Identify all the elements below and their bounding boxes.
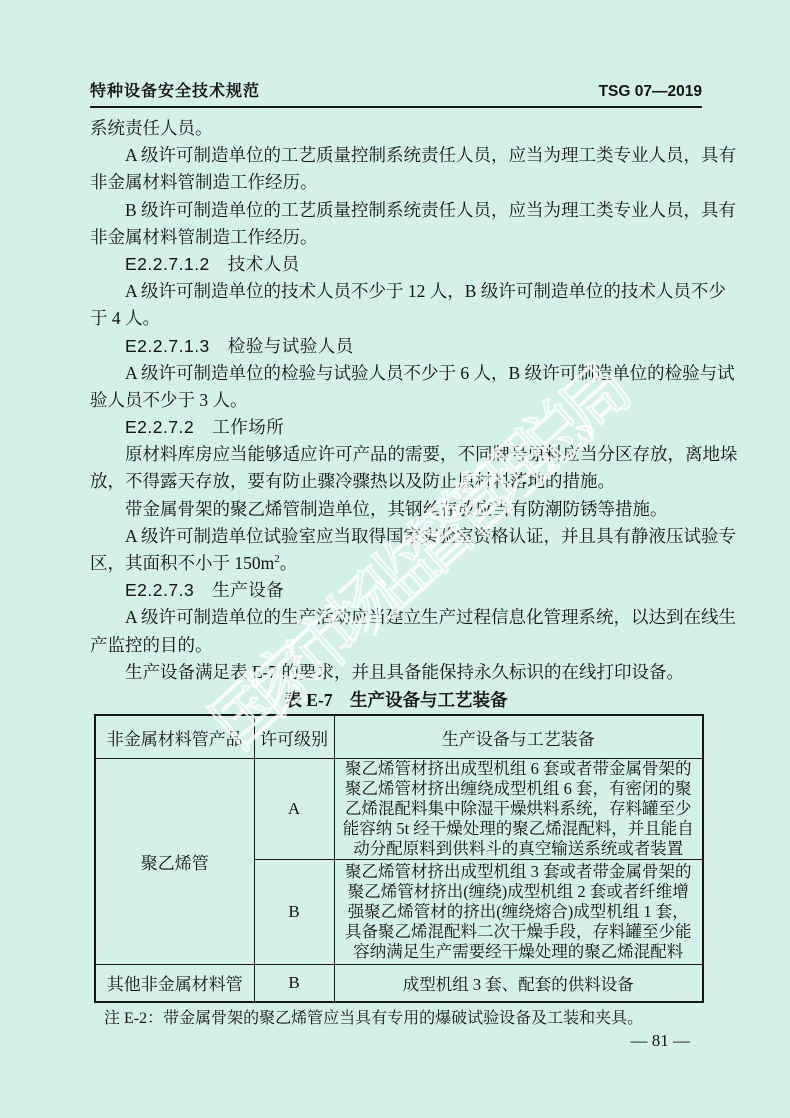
body-line: 验人员不少于 3 人。 <box>90 387 704 414</box>
equipment-line: 聚乙烯管材挤出成型机组 6 套或者带金属骨架的 <box>335 759 703 779</box>
body-line-segment: 区，其面积不小于 150m <box>90 553 274 573</box>
equipment-line: 能容纳 5t 经干燥处理的聚乙烯混配料，并且能自 <box>335 819 703 839</box>
body-line: A 级许可制造单位的技术人员不少于 12 人，B 级许可制造单位的技术人员不少 <box>90 278 704 305</box>
table-row: 聚乙烯管 A 聚乙烯管材挤出成型机组 6 套或者带金属骨架的 聚乙烯管材挤出缠绕… <box>95 759 703 860</box>
equipment-line: 强聚乙烯管材的挤出(缠绕熔合)成型机组 1 套， <box>335 902 703 922</box>
product-cell: 其他非金属材料管 <box>95 965 254 1002</box>
column-header-equipment: 生产设备与工艺装备 <box>334 715 703 759</box>
grade-cell: B <box>254 860 334 965</box>
column-header-product: 非金属材料管产品 <box>95 715 254 759</box>
product-cell: 聚乙烯管 <box>95 759 254 965</box>
body-line: 非金属材料管制造工作经历。 <box>90 169 704 196</box>
equipment-line: 动分配原料到供料斗的真空输送系统或者装置 <box>335 839 703 859</box>
section-heading: E2.2.7.2 工作场所 <box>90 414 704 441</box>
body-text: 系统责任人员。 A 级许可制造单位的工艺质量控制系统责任人员，应当为理工类专业人… <box>90 115 704 686</box>
table-row: 其他非金属材料管 B 成型机组 3 套、配套的供料设备 <box>95 965 703 1002</box>
equipment-line: 聚乙烯管材挤出成型机组 3 套或者带金属骨架的 <box>335 862 703 882</box>
body-line: 系统责任人员。 <box>90 115 704 142</box>
equipment-line: 乙烯混配料集中除湿干燥烘料系统，存料罐至少 <box>335 799 703 819</box>
table-header-row: 非金属材料管产品 许可级别 生产设备与工艺装备 <box>95 715 703 759</box>
body-line: A 级许可制造单位试验室应当取得国家实验室资格认证，并且具有静液压试验专 <box>90 523 704 550</box>
body-line: 非金属材料管制造工作经历。 <box>90 224 704 251</box>
body-line: A 级许可制造单位的检验与试验人员不少于 6 人，B 级许可制造单位的检验与试 <box>90 360 704 387</box>
equipment-line: 聚乙烯管材挤出缠绕成型机组 6 套，有密闭的聚 <box>335 779 703 799</box>
body-line: 放，不得露天存放，要有防止骤冷骤热以及防止原材料落地的措施。 <box>90 468 704 495</box>
document-page: 特种设备安全技术规范 TSG 07—2019 系统责任人员。 A 级许可制造单位… <box>0 0 790 1118</box>
section-heading: E2.2.7.1.2 技术人员 <box>90 251 704 278</box>
equipment-line: 聚乙烯管材挤出(缠绕)成型机组 2 套或者纤维增 <box>335 882 703 902</box>
body-line: 原材料库房应当能够适应许可产品的需要，不同牌号原料应当分区存放，离地垛 <box>90 441 704 468</box>
equipment-line: 具备聚乙烯混配料二次干燥手段，存料罐至少能 <box>335 922 703 942</box>
body-line: 产监控的目的。 <box>90 632 704 659</box>
body-line: 于 4 人。 <box>90 305 704 332</box>
body-line: 带金属骨架的聚乙烯管制造单位，其钢丝存放应当有防潮防锈等措施。 <box>90 496 704 523</box>
table-title: 表 E-7 生产设备与工艺装备 <box>90 687 702 712</box>
page-number: — 81 — <box>90 1031 690 1051</box>
grade-cell: A <box>254 759 334 860</box>
equipment-line: 容纳满足生产需要经干燥处理的聚乙烯混配料 <box>335 942 703 962</box>
body-line: A 级许可制造单位的生产活动应当建立生产过程信息化管理系统，以达到在线生 <box>90 604 704 631</box>
equipment-cell: 聚乙烯管材挤出成型机组 6 套或者带金属骨架的 聚乙烯管材挤出缠绕成型机组 6 … <box>334 759 703 860</box>
section-heading: E2.2.7.3 生产设备 <box>90 577 704 604</box>
equipment-table: 非金属材料管产品 许可级别 生产设备与工艺装备 聚乙烯管 A 聚乙烯管材挤出成型… <box>94 714 704 1003</box>
page-header: 特种设备安全技术规范 TSG 07—2019 <box>90 78 702 108</box>
table-footnote: 注 E-2：带金属骨架的聚乙烯管应当具有专用的爆破试验设备及工装和夹具。 <box>104 1005 704 1028</box>
body-line-segment: 。 <box>280 553 298 573</box>
section-heading: E2.2.7.1.3 检验与试验人员 <box>90 333 704 360</box>
body-line: 生产设备满足表 E-7 的要求，并且具备能保持永久标识的在线打印设备。 <box>90 659 704 686</box>
equipment-cell: 聚乙烯管材挤出成型机组 3 套或者带金属骨架的 聚乙烯管材挤出(缠绕)成型机组 … <box>334 860 703 965</box>
document-code: TSG 07—2019 <box>599 83 702 101</box>
regulation-title: 特种设备安全技术规范 <box>90 78 260 101</box>
body-line: 区，其面积不小于 150m2。 <box>90 550 704 577</box>
equipment-cell: 成型机组 3 套、配套的供料设备 <box>334 965 703 1002</box>
column-header-grade: 许可级别 <box>254 715 334 759</box>
body-line: A 级许可制造单位的工艺质量控制系统责任人员，应当为理工类专业人员，具有 <box>90 142 704 169</box>
body-line: B 级许可制造单位的工艺质量控制系统责任人员，应当为理工类专业人员，具有 <box>90 197 704 224</box>
grade-cell: B <box>254 965 334 1002</box>
